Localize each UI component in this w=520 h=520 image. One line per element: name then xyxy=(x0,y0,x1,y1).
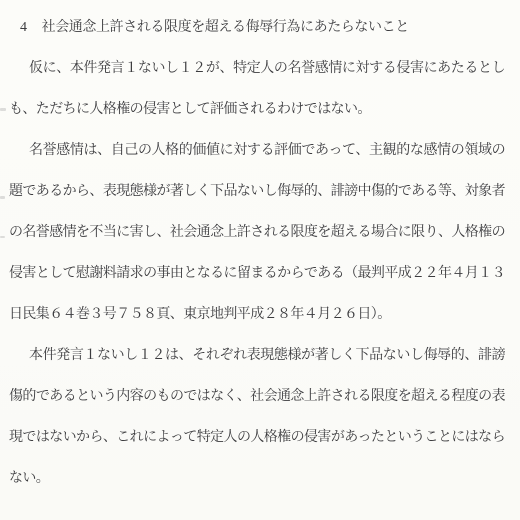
scan-artifact xyxy=(0,108,6,111)
text-line: 日民集６４巻３号７５８頁、東京地判平成２８年４月２６日）。 xyxy=(9,294,505,335)
text-line: の名誉感情を不当に害し、社会通念上許される限度を超える場合に限り、人格権の xyxy=(9,212,505,253)
document-page: 4社会通念上許される限度を超える侮辱行為にあたらないこと 仮に、本件発言１ないし… xyxy=(0,0,520,520)
text-line: 本件発言１ないし１２は、それぞれ表現態様が著しく下品ないし侮辱的、誹謗中 xyxy=(9,335,505,376)
text-line: も、ただちに人格権の侵害として評価されるわけではない。 xyxy=(9,89,505,130)
section-heading: 4社会通念上許される限度を超える侮辱行為にあたらないこと xyxy=(9,7,505,48)
section-number: 4 xyxy=(20,7,27,48)
paragraph: 名誉感情は、自己の人格的価値に対する評価であって、主観的な感情の領域の問 題であ… xyxy=(9,130,505,335)
text-line: ない。 xyxy=(9,458,505,499)
section-title: 社会通念上許される限度を超える侮辱行為にあたらないこと xyxy=(42,20,409,35)
text-line: 傷的であるという内容のものではなく、社会通念上許される限度を超える程度の表 xyxy=(9,376,505,417)
scan-artifact xyxy=(0,196,5,199)
scan-artifact xyxy=(0,236,5,238)
paragraph: 仮に、本件発言１ないし１２が、特定人の名誉感情に対する侵害にあたるとして も、た… xyxy=(9,48,505,130)
text-line: 仮に、本件発言１ないし１２が、特定人の名誉感情に対する侵害にあたるとして xyxy=(9,48,505,89)
text-line: 現ではないから、これによって特定人の人格権の侵害があったということにはなら xyxy=(9,417,505,458)
text-line: 名誉感情は、自己の人格的価値に対する評価であって、主観的な感情の領域の問 xyxy=(9,130,505,171)
paragraph: 本件発言１ないし１２は、それぞれ表現態様が著しく下品ないし侮辱的、誹謗中 傷的で… xyxy=(9,335,505,499)
text-line: 題であるから、表現態様が著しく下品ないし侮辱的、誹謗中傷的である等、対象者 xyxy=(9,171,505,212)
text-line: 侵害として慰謝料請求の事由となるに留まるからである（最判平成２２年４月１３ xyxy=(9,253,505,294)
